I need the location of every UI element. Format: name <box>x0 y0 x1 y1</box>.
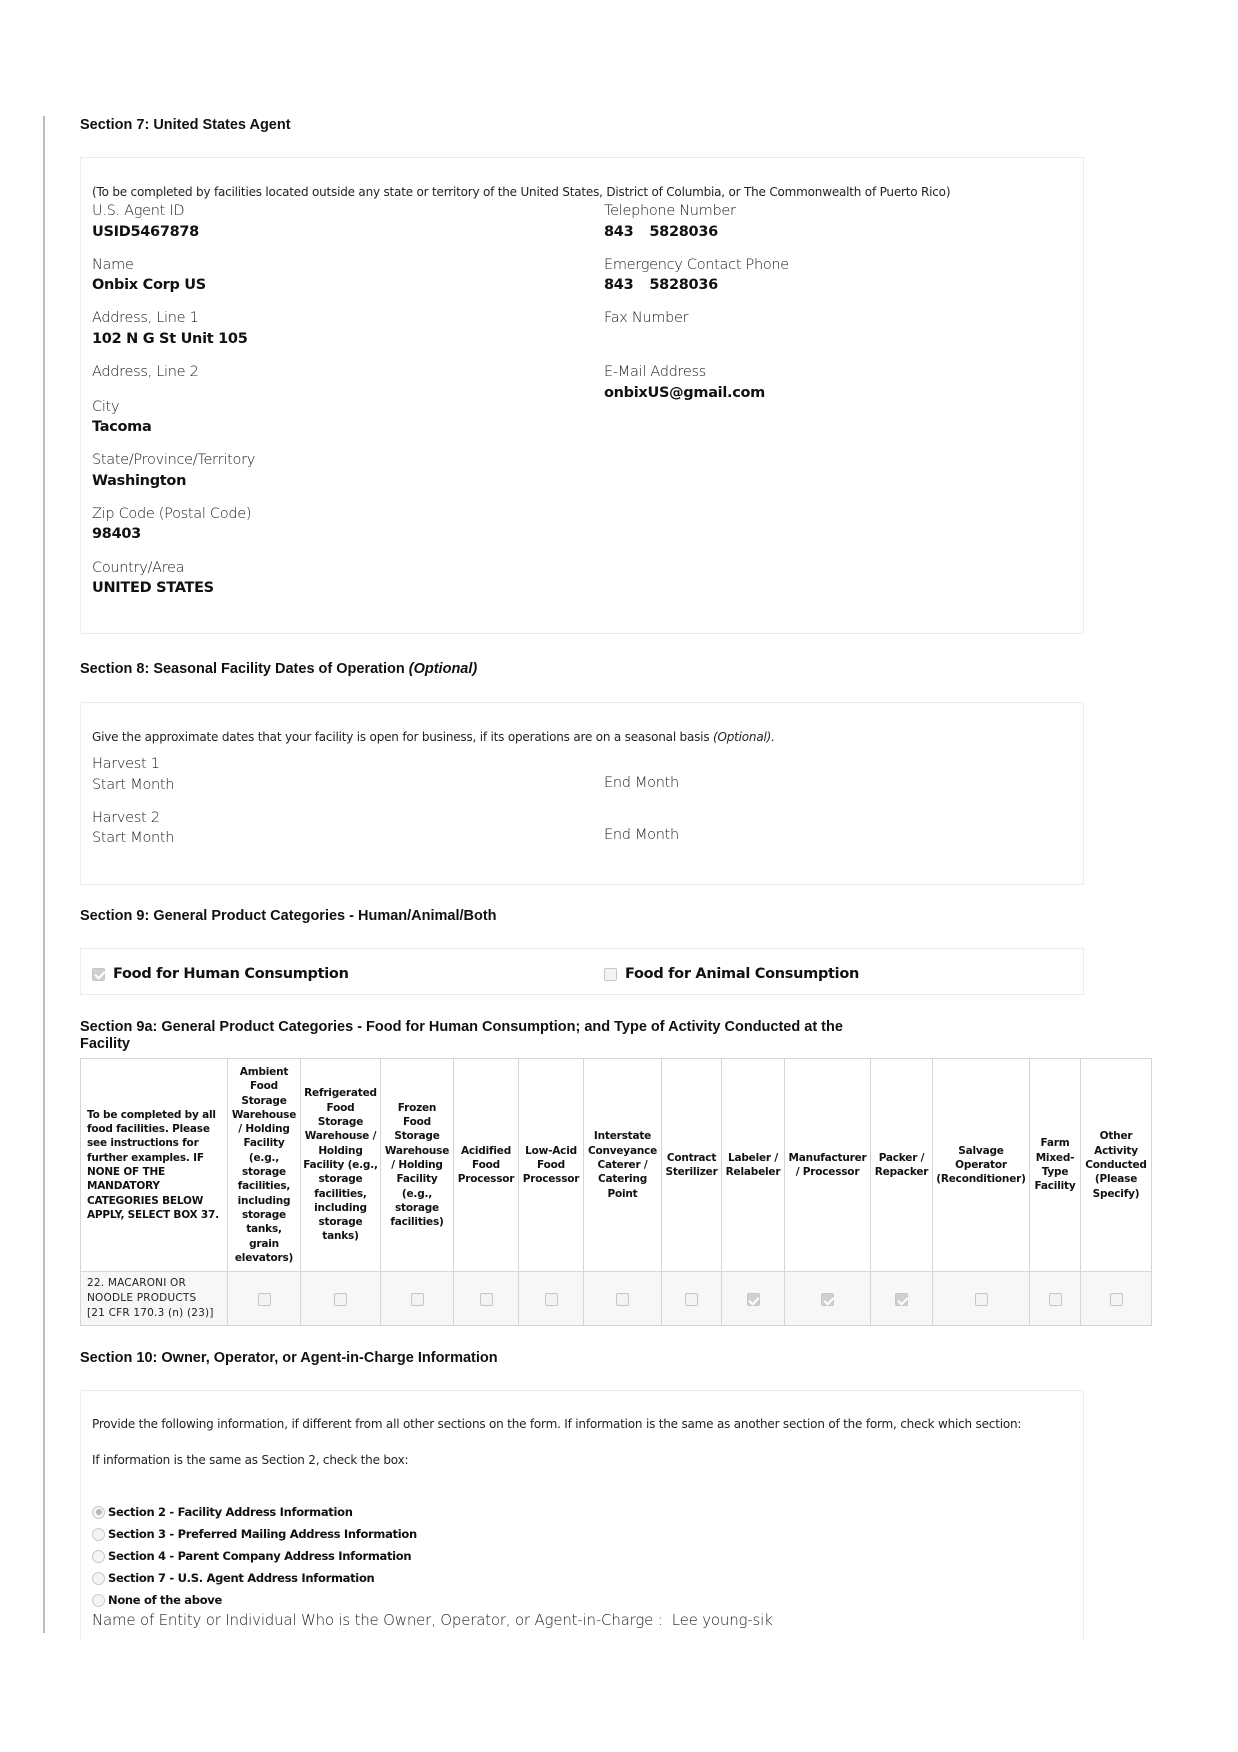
food-animal-consumption-label: Food for Animal Consumption <box>625 966 859 982</box>
col-salvage-operator: Salvage Operator (Reconditioner) <box>933 1059 1030 1272</box>
activity-checkbox[interactable] <box>334 1293 347 1306</box>
table-row: 22. MACARONI OR NOODLE PRODUCTS [21 CFR … <box>81 1272 1152 1326</box>
col-manufacturer: Manufacturer / Processor <box>785 1059 871 1272</box>
section-9a-title: Section 9a: General Product Categories -… <box>80 1019 843 1053</box>
radio-option-none[interactable]: None of the above <box>92 1589 417 1611</box>
owner-name-value: Lee young-sik <box>672 1611 773 1629</box>
section-8-title-text: Section 8: Seasonal Facility Dates of Op… <box>80 661 405 677</box>
section-9-panel: Food for Human Consumption Food for Anim… <box>80 948 1084 995</box>
emergency-area-code: 843 <box>604 277 633 293</box>
activity-checkbox[interactable] <box>747 1293 760 1306</box>
food-human-consumption-checkbox[interactable] <box>92 968 105 981</box>
radio-button[interactable] <box>92 1506 105 1519</box>
food-human-consumption-label: Food for Human Consumption <box>113 966 349 982</box>
activity-checkbox[interactable] <box>895 1293 908 1306</box>
radio-option-section-4[interactable]: Section 4 - Parent Company Address Infor… <box>92 1545 417 1567</box>
section-8-optional-tag: (Optional) <box>409 661 477 677</box>
agent-id-label: U.S. Agent ID <box>92 203 184 219</box>
agent-name-label: Name <box>92 257 134 273</box>
telephone-number: 5828036 <box>649 224 718 240</box>
state-value: Washington <box>92 473 186 489</box>
city-value: Tacoma <box>92 419 151 435</box>
city-label: City <box>92 399 119 415</box>
activity-checkbox[interactable] <box>258 1293 271 1306</box>
radio-label: Section 3 - Preferred Mailing Address In… <box>108 1527 417 1541</box>
section-10-panel: Provide the following information, if di… <box>80 1390 1084 1640</box>
radio-option-section-7[interactable]: Section 7 - U.S. Agent Address Informati… <box>92 1567 417 1589</box>
radio-button[interactable] <box>92 1550 105 1563</box>
emergency-phone-label: Emergency Contact Phone <box>604 257 789 273</box>
col-interstate-conveyance: Interstate Conveyance Caterer / Catering… <box>584 1059 662 1272</box>
food-animal-consumption-option[interactable]: Food for Animal Consumption <box>604 966 859 982</box>
activity-checkbox[interactable] <box>545 1293 558 1306</box>
radio-button[interactable] <box>92 1528 105 1541</box>
activity-checkbox[interactable] <box>685 1293 698 1306</box>
col-acidified-processor: Acidified Food Processor <box>454 1059 519 1272</box>
left-margin-rule <box>43 116 45 1633</box>
row-category-line2: NOODLE PRODUCTS <box>87 1291 221 1306</box>
activity-table-header-row: To be completed by all food facilities. … <box>81 1059 1152 1272</box>
radio-option-section-2[interactable]: Section 2 - Facility Address Information <box>92 1501 417 1523</box>
zip-label: Zip Code (Postal Code) <box>92 506 251 522</box>
state-label: State/Province/Territory <box>92 452 255 468</box>
col-refrigerated-storage: Refrigerated Food Storage Warehouse / Ho… <box>301 1059 381 1272</box>
agent-id-value: USID5467878 <box>92 224 199 240</box>
section-8-title: Section 8: Seasonal Facility Dates of Op… <box>80 661 477 678</box>
row-category-line3: [21 CFR 170.3 (n) (23)] <box>87 1306 221 1321</box>
section-8-note-optional: (Optional). <box>713 730 775 744</box>
section-7-note: (To be completed by facilities located o… <box>92 185 950 199</box>
section-9a-title-line1: Section 9a: General Product Categories -… <box>80 1019 843 1036</box>
col-labeler: Labeler / Relabeler <box>722 1059 785 1272</box>
same-as-section-radio-group: Section 2 - Facility Address Information… <box>92 1501 417 1611</box>
col-frozen-storage: Frozen Food Storage Warehouse / Holding … <box>381 1059 454 1272</box>
radio-label: Section 7 - U.S. Agent Address Informati… <box>108 1571 374 1585</box>
row-category-label: 22. MACARONI OR NOODLE PRODUCTS [21 CFR … <box>81 1272 228 1326</box>
zip-value: 98403 <box>92 526 141 542</box>
col-ambient-storage: Ambient Food Storage Warehouse / Holding… <box>228 1059 301 1272</box>
address-line1-value: 102 N G St Unit 105 <box>92 331 248 347</box>
section-10-note: Provide the following information, if di… <box>92 1417 1021 1431</box>
owner-name-line: Name of Entity or Individual Who is the … <box>92 1611 773 1629</box>
section-10-same-as-note: If information is the same as Section 2,… <box>92 1453 408 1467</box>
fax-label: Fax Number <box>604 310 688 326</box>
section-10-title: Section 10: Owner, Operator, or Agent-in… <box>80 1350 498 1367</box>
country-value: UNITED STATES <box>92 580 214 596</box>
activity-checkbox[interactable] <box>411 1293 424 1306</box>
telephone-area-code: 843 <box>604 224 633 240</box>
row-category-line1: 22. MACARONI OR <box>87 1276 221 1291</box>
section-7-panel: (To be completed by facilities located o… <box>80 157 1084 634</box>
harvest-2-label: Harvest 2 <box>92 810 160 826</box>
address-line1-label: Address, Line 1 <box>92 310 199 326</box>
address-line2-label: Address, Line 2 <box>92 364 199 380</box>
harvest-1-start-month-label: Start Month <box>92 777 174 793</box>
agent-name-value: Onbix Corp US <box>92 277 206 293</box>
section-9a-title-line2: Facility <box>80 1036 843 1053</box>
section-8-note-text: Give the approximate dates that your fac… <box>92 730 709 744</box>
radio-button[interactable] <box>92 1572 105 1585</box>
food-animal-consumption-checkbox[interactable] <box>604 968 617 981</box>
col-contract-sterilizer: Contract Sterilizer <box>662 1059 722 1272</box>
activity-table: To be completed by all food facilities. … <box>80 1058 1152 1326</box>
emergency-number: 5828036 <box>649 277 718 293</box>
radio-option-section-3[interactable]: Section 3 - Preferred Mailing Address In… <box>92 1523 417 1545</box>
section-7-title: Section 7: United States Agent <box>80 117 291 134</box>
table-instructions-header: To be completed by all food facilities. … <box>81 1059 228 1272</box>
activity-checkbox[interactable] <box>975 1293 988 1306</box>
telephone-value: 8435828036 <box>604 224 718 240</box>
harvest-2-end-month-label: End Month <box>604 827 679 843</box>
col-packer: Packer / Repacker <box>871 1059 933 1272</box>
email-value: onbixUS@gmail.com <box>604 385 765 401</box>
harvest-2-start-month-label: Start Month <box>92 830 174 846</box>
section-9-title: Section 9: General Product Categories - … <box>80 908 497 925</box>
radio-button[interactable] <box>92 1594 105 1607</box>
activity-checkbox[interactable] <box>480 1293 493 1306</box>
emergency-phone-value: 8435828036 <box>604 277 718 293</box>
radio-label: Section 4 - Parent Company Address Infor… <box>108 1549 411 1563</box>
harvest-1-label: Harvest 1 <box>92 756 160 772</box>
col-farm-mixed-type: Farm Mixed-Type Facility <box>1030 1059 1081 1272</box>
owner-name-label: Name of Entity or Individual Who is the … <box>92 1611 663 1629</box>
activity-checkbox[interactable] <box>821 1293 834 1306</box>
telephone-label: Telephone Number <box>604 203 736 219</box>
col-other-activity: Other Activity Conducted (Please Specify… <box>1081 1059 1152 1272</box>
section-8-note: Give the approximate dates that your fac… <box>92 730 775 744</box>
section-8-panel: Give the approximate dates that your fac… <box>80 702 1084 885</box>
activity-checkbox[interactable] <box>1049 1293 1062 1306</box>
radio-label: Section 2 - Facility Address Information <box>108 1505 353 1519</box>
harvest-1-end-month-label: End Month <box>604 775 679 791</box>
email-label: E-Mail Address <box>604 364 706 380</box>
food-human-consumption-option[interactable]: Food for Human Consumption <box>92 966 349 982</box>
country-label: Country/Area <box>92 560 184 576</box>
radio-label: None of the above <box>108 1593 222 1607</box>
col-low-acid-processor: Low-Acid Food Processor <box>519 1059 584 1272</box>
activity-checkbox[interactable] <box>1110 1293 1123 1306</box>
activity-checkbox[interactable] <box>616 1293 629 1306</box>
